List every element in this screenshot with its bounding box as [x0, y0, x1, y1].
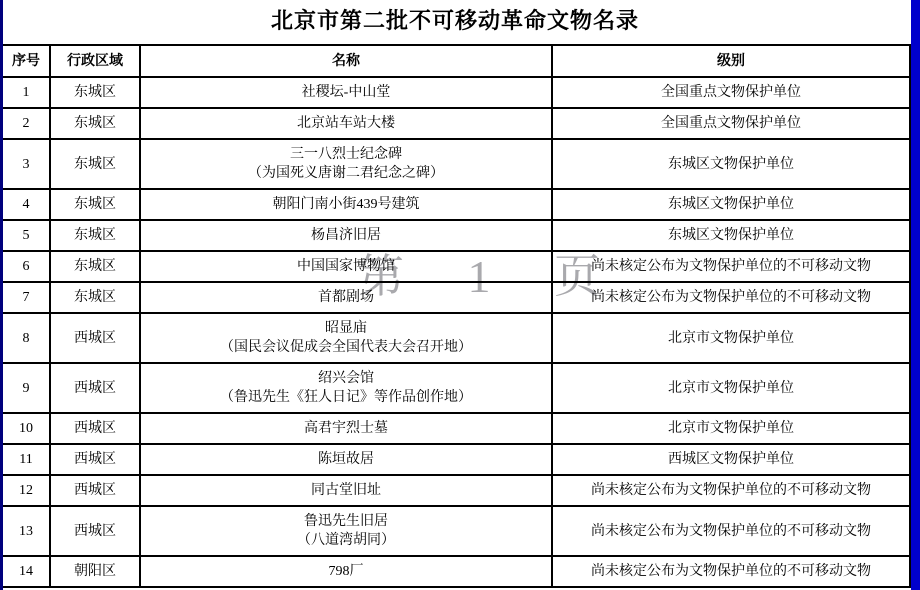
cell-level: 尚未核定公布为文物保护单位的不可移动文物: [552, 475, 910, 506]
table-row: 12西城区同古堂旧址尚未核定公布为文物保护单位的不可移动文物: [2, 475, 910, 506]
table-row: 13西城区鲁迅先生旧居（八道湾胡同）尚未核定公布为文物保护单位的不可移动文物: [2, 506, 910, 556]
table-row: 3东城区三一八烈士纪念碑（为国死义唐谢二君纪念之碑）东城区文物保护单位: [2, 139, 910, 189]
table-row: 14朝阳区798厂尚未核定公布为文物保护单位的不可移动文物: [2, 556, 910, 587]
cell-district: 东城区: [50, 282, 140, 313]
cell-level: 尚未核定公布为文物保护单位的不可移动文物: [552, 251, 910, 282]
cell-serial-number: 7: [2, 282, 50, 313]
cell-level: 尚未核定公布为文物保护单位的不可移动文物: [552, 556, 910, 587]
cell-serial-number: 3: [2, 139, 50, 189]
cell-district: 西城区: [50, 506, 140, 556]
cell-serial-number: 5: [2, 220, 50, 251]
cell-name: 陈垣故居: [140, 444, 552, 475]
cell-level: 北京市文物保护单位: [552, 363, 910, 413]
name-line: 绍兴会馆: [143, 369, 549, 388]
cell-district: 东城区: [50, 220, 140, 251]
cell-serial-number: 12: [2, 475, 50, 506]
name-line: 三一八烈士纪念碑: [143, 145, 549, 164]
cell-level: 北京市文物保护单位: [552, 413, 910, 444]
table-row: 6东城区中国国家博物馆尚未核定公布为文物保护单位的不可移动文物: [2, 251, 910, 282]
cell-district: 东城区: [50, 139, 140, 189]
name-line: （八道湾胡同）: [143, 531, 549, 550]
table-row: 5东城区杨昌济旧居东城区文物保护单位: [2, 220, 910, 251]
relics-table: 序号 行政区域 名称 级别 1东城区社稷坛-中山堂全国重点文物保护单位2东城区北…: [1, 44, 911, 588]
name-line: 中国国家博物馆: [143, 257, 549, 276]
name-line: 高君宇烈士墓: [143, 419, 549, 438]
table-row: 11西城区陈垣故居西城区文物保护单位: [2, 444, 910, 475]
table-row: 8西城区昭显庙（国民会议促成会全国代表大会召开地）北京市文物保护单位: [2, 313, 910, 363]
cell-district: 东城区: [50, 189, 140, 220]
cell-level: 全国重点文物保护单位: [552, 108, 910, 139]
cell-name: 鲁迅先生旧居（八道湾胡同）: [140, 506, 552, 556]
header-district: 行政区域: [50, 45, 140, 77]
name-line: （为国死义唐谢二君纪念之碑）: [143, 164, 549, 183]
cell-name: 昭显庙（国民会议促成会全国代表大会召开地）: [140, 313, 552, 363]
cell-name: 同古堂旧址: [140, 475, 552, 506]
cell-serial-number: 4: [2, 189, 50, 220]
name-line: 798厂: [143, 562, 549, 581]
name-line: 首都剧场: [143, 288, 549, 307]
cell-serial-number: 11: [2, 444, 50, 475]
table-row: 10西城区高君宇烈士墓北京市文物保护单位: [2, 413, 910, 444]
table-row: 2东城区北京站车站大楼全国重点文物保护单位: [2, 108, 910, 139]
cell-district: 西城区: [50, 444, 140, 475]
cell-serial-number: 13: [2, 506, 50, 556]
table-row: 9西城区绍兴会馆（鲁迅先生《狂人日记》等作品创作地）北京市文物保护单位: [2, 363, 910, 413]
header-name: 名称: [140, 45, 552, 77]
cell-district: 西城区: [50, 313, 140, 363]
cell-district: 朝阳区: [50, 556, 140, 587]
cell-serial-number: 10: [2, 413, 50, 444]
table-row: 7东城区首都剧场尚未核定公布为文物保护单位的不可移动文物: [2, 282, 910, 313]
cell-name: 三一八烈士纪念碑（为国死义唐谢二君纪念之碑）: [140, 139, 552, 189]
name-line: （鲁迅先生《狂人日记》等作品创作地）: [143, 388, 549, 407]
page-right-edge: [911, 0, 920, 590]
name-line: 北京站车站大楼: [143, 114, 549, 133]
header-serial-number: 序号: [2, 45, 50, 77]
cell-level: 东城区文物保护单位: [552, 220, 910, 251]
cell-serial-number: 2: [2, 108, 50, 139]
cell-serial-number: 14: [2, 556, 50, 587]
document-title: 北京市第二批不可移动革命文物名录: [0, 0, 910, 44]
table-row: 1东城区社稷坛-中山堂全国重点文物保护单位: [2, 77, 910, 108]
name-line: 杨昌济旧居: [143, 226, 549, 245]
table-row: 4东城区朝阳门南小街439号建筑东城区文物保护单位: [2, 189, 910, 220]
name-line: 同古堂旧址: [143, 481, 549, 500]
cell-level: 东城区文物保护单位: [552, 189, 910, 220]
name-line: 朝阳门南小街439号建筑: [143, 195, 549, 214]
cell-name: 中国国家博物馆: [140, 251, 552, 282]
cell-name: 朝阳门南小街439号建筑: [140, 189, 552, 220]
header-level: 级别: [552, 45, 910, 77]
cell-level: 北京市文物保护单位: [552, 313, 910, 363]
table-header-row: 序号 行政区域 名称 级别: [2, 45, 910, 77]
cell-name: 首都剧场: [140, 282, 552, 313]
cell-level: 西城区文物保护单位: [552, 444, 910, 475]
cell-name: 社稷坛-中山堂: [140, 77, 552, 108]
name-line: 陈垣故居: [143, 450, 549, 469]
cell-level: 尚未核定公布为文物保护单位的不可移动文物: [552, 506, 910, 556]
cell-district: 西城区: [50, 413, 140, 444]
cell-name: 高君宇烈士墓: [140, 413, 552, 444]
cell-serial-number: 8: [2, 313, 50, 363]
name-line: 社稷坛-中山堂: [143, 83, 549, 102]
cell-serial-number: 9: [2, 363, 50, 413]
cell-name: 杨昌济旧居: [140, 220, 552, 251]
name-line: （国民会议促成会全国代表大会召开地）: [143, 338, 549, 357]
cell-level: 东城区文物保护单位: [552, 139, 910, 189]
cell-name: 北京站车站大楼: [140, 108, 552, 139]
cell-district: 东城区: [50, 108, 140, 139]
name-line: 昭显庙: [143, 319, 549, 338]
cell-name: 798厂: [140, 556, 552, 587]
cell-level: 尚未核定公布为文物保护单位的不可移动文物: [552, 282, 910, 313]
page-left-edge: [0, 0, 3, 590]
name-line: 鲁迅先生旧居: [143, 512, 549, 531]
table-body: 1东城区社稷坛-中山堂全国重点文物保护单位2东城区北京站车站大楼全国重点文物保护…: [2, 77, 910, 587]
cell-district: 东城区: [50, 251, 140, 282]
cell-district: 东城区: [50, 77, 140, 108]
cell-serial-number: 6: [2, 251, 50, 282]
cell-name: 绍兴会馆（鲁迅先生《狂人日记》等作品创作地）: [140, 363, 552, 413]
cell-district: 西城区: [50, 363, 140, 413]
cell-serial-number: 1: [2, 77, 50, 108]
cell-level: 全国重点文物保护单位: [552, 77, 910, 108]
cell-district: 西城区: [50, 475, 140, 506]
